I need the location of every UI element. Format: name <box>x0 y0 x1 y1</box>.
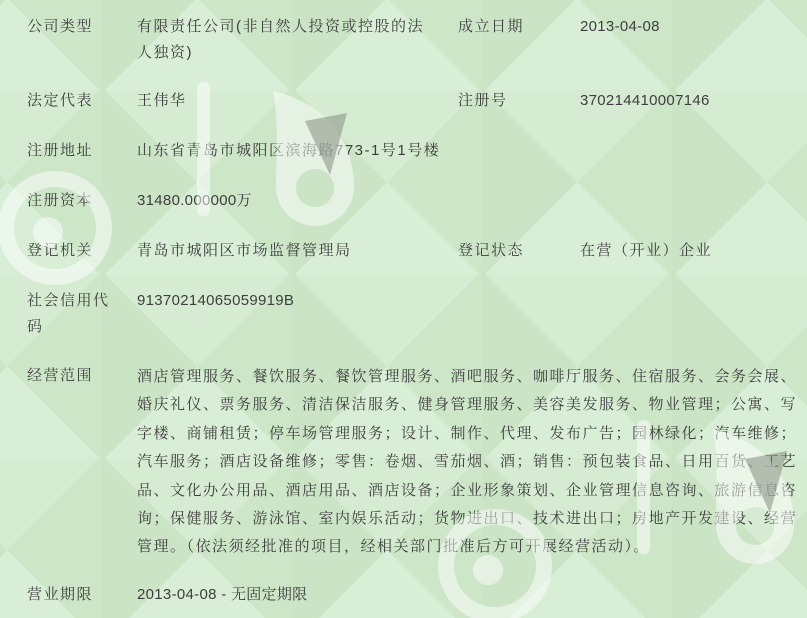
registration-authority-label: 登记机关 <box>27 238 131 264</box>
registration-number-label: 注册号 <box>458 88 574 114</box>
registration-status-label: 登记状态 <box>458 238 574 264</box>
registered-address-label: 注册地址 <box>27 138 131 164</box>
registered-capital-value: 31480.000000万 <box>137 188 797 214</box>
business-scope-value: 酒店管理服务、餐饮服务、餐饮管理服务、酒吧服务、咖啡厅服务、住宿服务、会务会展、… <box>137 363 801 562</box>
registered-address-value: 山东省青岛市城阳区滨海路773-1号1号楼 <box>137 138 797 164</box>
legal-representative-label: 法定代表 <box>27 88 131 114</box>
established-date-value: 2013-04-08 <box>580 14 805 40</box>
social-credit-code-label: 社会信用代码 <box>27 288 113 340</box>
social-credit-code-value: 91370214065059919B <box>137 288 797 314</box>
company-info-page: { "page": { "background_light": "#d8eed5… <box>0 0 807 618</box>
business-term-value: 2013-04-08 - 无固定期限 <box>137 582 797 608</box>
company-type-label: 公司类型 <box>27 14 131 40</box>
established-date-label: 成立日期 <box>458 14 574 40</box>
registration-number-value: 370214410007146 <box>580 88 805 114</box>
company-type-value: 有限责任公司(非自然人投资或控股的法人独资) <box>137 14 435 66</box>
registration-status-value: 在营（开业）企业 <box>580 238 805 264</box>
business-term-label: 营业期限 <box>27 582 131 608</box>
registered-capital-label: 注册资本 <box>27 188 131 214</box>
business-scope-label: 经营范围 <box>27 363 131 389</box>
